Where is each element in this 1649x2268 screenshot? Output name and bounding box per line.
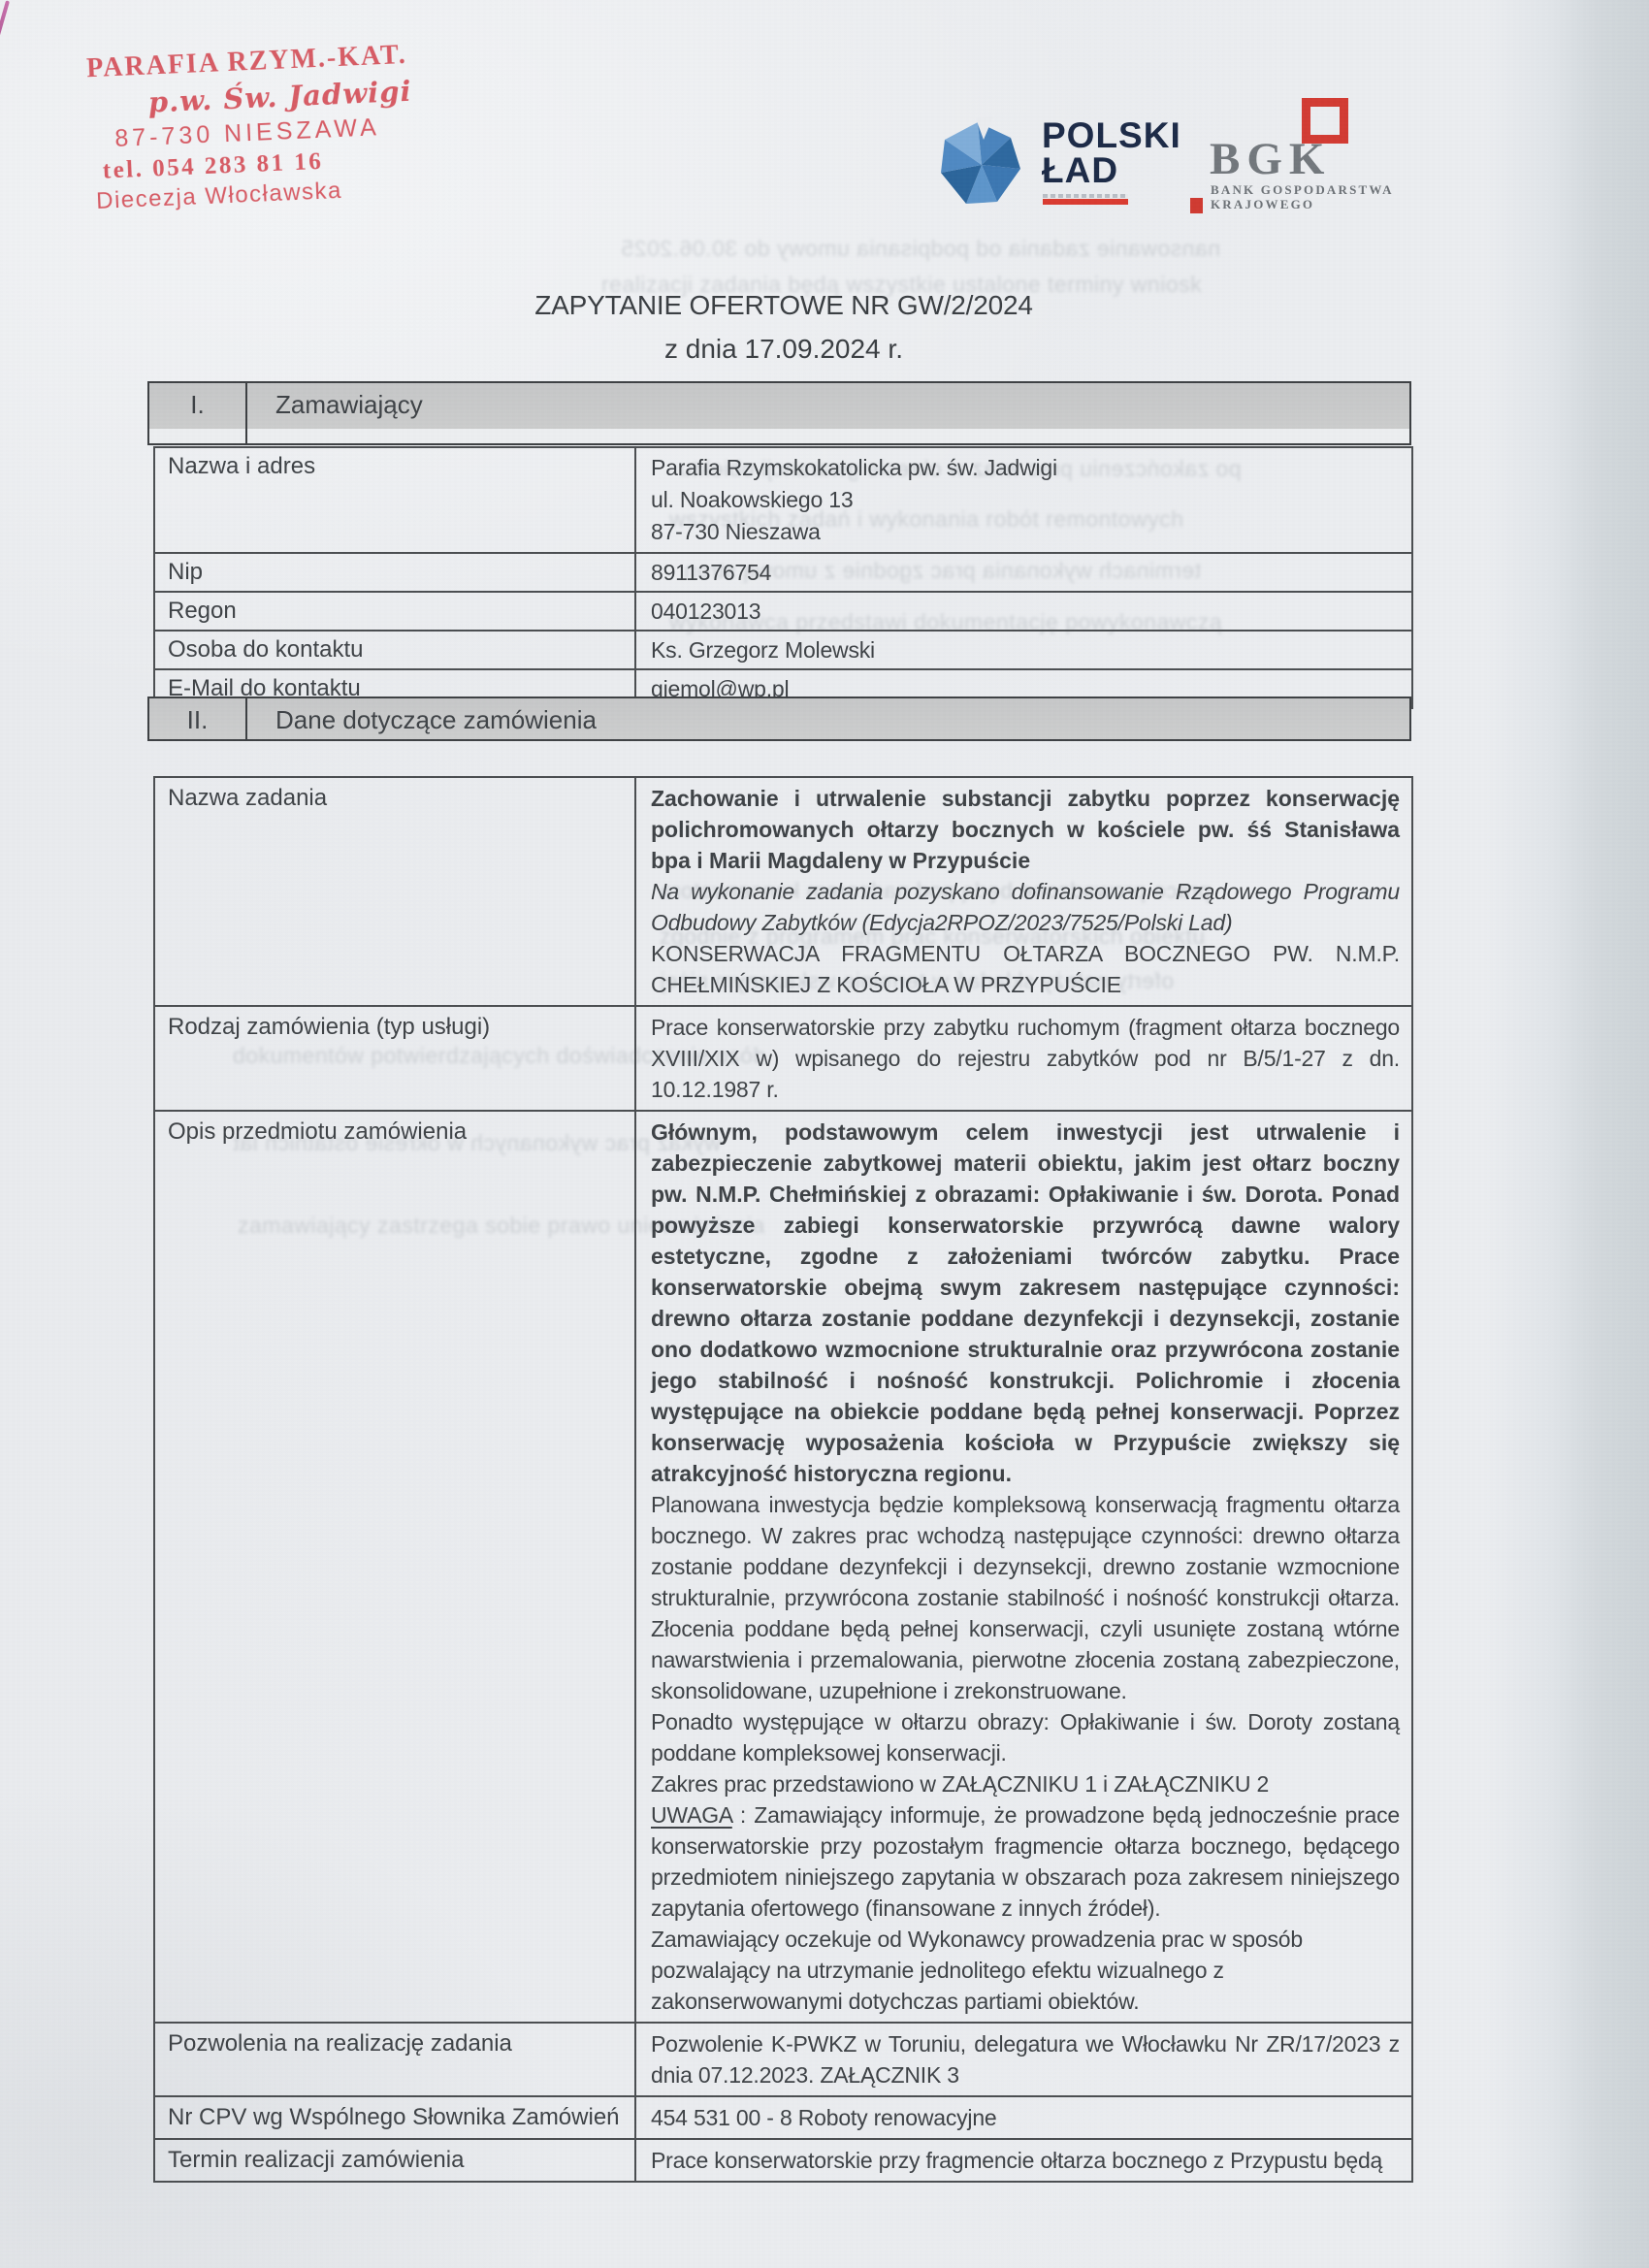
order-type-cell: Prace konserwatorskie przy zabytku rucho… xyxy=(635,1006,1412,1111)
bgk-caption-line2: KRAJOWEGO xyxy=(1211,197,1394,211)
deadline-cell: Prace konserwatorskie przy fragmencie oł… xyxy=(635,2139,1412,2182)
table-row: Opis przedmiotu zamówienia Głównym, pods… xyxy=(154,1111,1412,2023)
scope-paragraph: Ponadto występujące w ołtarzu obrazy: Op… xyxy=(651,1706,1400,1768)
table-row: Nazwa i adres Parafia Rzymskokatolicka p… xyxy=(154,447,1412,553)
cpv-code-cell: 454 531 00 - 8 Roboty renowacyjne xyxy=(635,2096,1412,2139)
scope-note-paragraph: UWAGA : Zamawiający informuje, że prowad… xyxy=(651,1799,1400,1924)
uwaga-label: UWAGA xyxy=(651,1802,732,1828)
scope-paragraph: Planowana inwestycja będzie kompleksową … xyxy=(651,1489,1400,1706)
table-row: Osoba do kontaktu Ks. Grzegorz Molewski xyxy=(154,631,1412,669)
row-value: 8911376754 xyxy=(635,553,1412,592)
table-row: Regon 040123013 xyxy=(154,592,1412,631)
task-name-bold: Zachowanie i utrwalenie substancji zabyt… xyxy=(651,783,1400,876)
bleed-through-text: nansowanie zadania od podpisania umowy d… xyxy=(621,236,1220,262)
scope-attachments-line: Zakres prac przedstawiono w ZAŁĄCZNIKU 1… xyxy=(651,1768,1400,1799)
order-details-table: Nazwa zadania Zachowanie i utrwalenie su… xyxy=(153,776,1413,2183)
section-2-number: II. xyxy=(149,698,247,739)
table-row: Nip 8911376754 xyxy=(154,553,1412,592)
bgk-small-square-icon xyxy=(1190,198,1203,213)
task-name-caps: KONSERWACJA FRAGMENTU OŁTARZA BOCZNEGO P… xyxy=(651,938,1400,1000)
parish-stamp: PARAFIA RZYM.-KAT. p.w. Św. Jadwigi 87-7… xyxy=(79,35,512,215)
scope-paragraph: Zamawiający oczekuje od Wykonawcy prowad… xyxy=(651,1924,1400,2017)
row-label: Pozwolenia na realizację zadania xyxy=(154,2023,635,2096)
scope-description-cell: Głównym, podstawowym celem inwestycji je… xyxy=(635,1111,1412,2023)
section-1-label: Zamawiający xyxy=(275,390,423,420)
task-name-cell: Zachowanie i utrwalenie substancji zabyt… xyxy=(635,777,1412,1006)
scope-bold-paragraph: Głównym, podstawowym celem inwestycji je… xyxy=(651,1117,1400,1489)
row-label: Termin realizacji zamówienia xyxy=(154,2139,635,2182)
pen-mark xyxy=(0,0,10,42)
row-label: Regon xyxy=(154,592,635,631)
row-label: Rodzaj zamówienia (typ usługi) xyxy=(154,1006,635,1111)
table-row: Termin realizacji zamówienia Prace konse… xyxy=(154,2139,1412,2182)
title-line: ZAPYTANIE OFERTOWE NR GW/2/2024 xyxy=(153,290,1414,321)
row-label: Nazwa i adres xyxy=(154,447,635,553)
lad-word: ŁAD xyxy=(1042,153,1181,188)
row-label: Nip xyxy=(154,553,635,592)
poland-map-icon xyxy=(937,116,1026,210)
section-header-2: II. Dane dotyczące zamówienia xyxy=(147,697,1411,741)
polski-word: POLSKI xyxy=(1042,118,1181,153)
table-row: Rodzaj zamówienia (typ usługi) Prace kon… xyxy=(154,1006,1412,1111)
section-header-1: I. Zamawiający xyxy=(147,381,1411,445)
row-value: Parafia Rzymskokatolicka pw. św. Jadwigi… xyxy=(635,447,1412,553)
table-row: Nr CPV wg Wspólnego Słownika Zamówień 45… xyxy=(154,2096,1412,2139)
task-name-funding-note: Na wykonanie zadania pozyskano dofinanso… xyxy=(651,876,1400,938)
bgk-caption-line1: BANK GOSPODARSTWA xyxy=(1211,182,1394,197)
table-row: Pozwolenia na realizację zadania Pozwole… xyxy=(154,2023,1412,2096)
address-line: 87-730 Nieszawa xyxy=(651,516,1400,548)
title-date-line: z dnia 17.09.2024 r. xyxy=(153,334,1414,365)
scanned-document-page: nansowanie zadania od podpisania umowy d… xyxy=(0,0,1649,2268)
row-value: 040123013 xyxy=(635,592,1412,631)
row-label: Nazwa zadania xyxy=(154,777,635,1006)
address-line: ul. Noakowskiego 13 xyxy=(651,484,1400,516)
section-1-number: I. xyxy=(149,383,247,443)
row-label: Osoba do kontaktu xyxy=(154,631,635,669)
address-line: Parafia Rzymskokatolicka pw. św. Jadwigi xyxy=(651,452,1400,484)
row-label: Opis przedmiotu zamówienia xyxy=(154,1111,635,2023)
section-2-label: Dane dotyczące zamówienia xyxy=(275,705,597,735)
row-value: Ks. Grzegorz Molewski xyxy=(635,631,1412,669)
uwaga-text: : Zamawiający informuje, że prowadzone b… xyxy=(651,1802,1400,1921)
buyer-table: Nazwa i adres Parafia Rzymskokatolicka p… xyxy=(153,446,1413,709)
polski-lad-wordmark: POLSKI ŁAD xyxy=(1042,118,1181,188)
table-row: Nazwa zadania Zachowanie i utrwalenie su… xyxy=(154,777,1412,1006)
polski-lad-logo: POLSKI ŁAD xyxy=(937,113,1228,229)
bgk-logo: BGK BANK GOSPODARSTWA KRAJOWEGO xyxy=(1210,97,1423,223)
bgk-wordmark: BGK xyxy=(1210,140,1331,178)
permits-cell: Pozwolenie K-PWKZ w Toruniu, delegatura … xyxy=(635,2023,1412,2096)
row-label: Nr CPV wg Wspólnego Słownika Zamówień xyxy=(154,2096,635,2139)
bgk-caption: BANK GOSPODARSTWA KRAJOWEGO xyxy=(1211,182,1394,211)
document-title: ZAPYTANIE OFERTOWE NR GW/2/2024 z dnia 1… xyxy=(153,290,1414,365)
flag-underline-icon xyxy=(1043,194,1128,205)
